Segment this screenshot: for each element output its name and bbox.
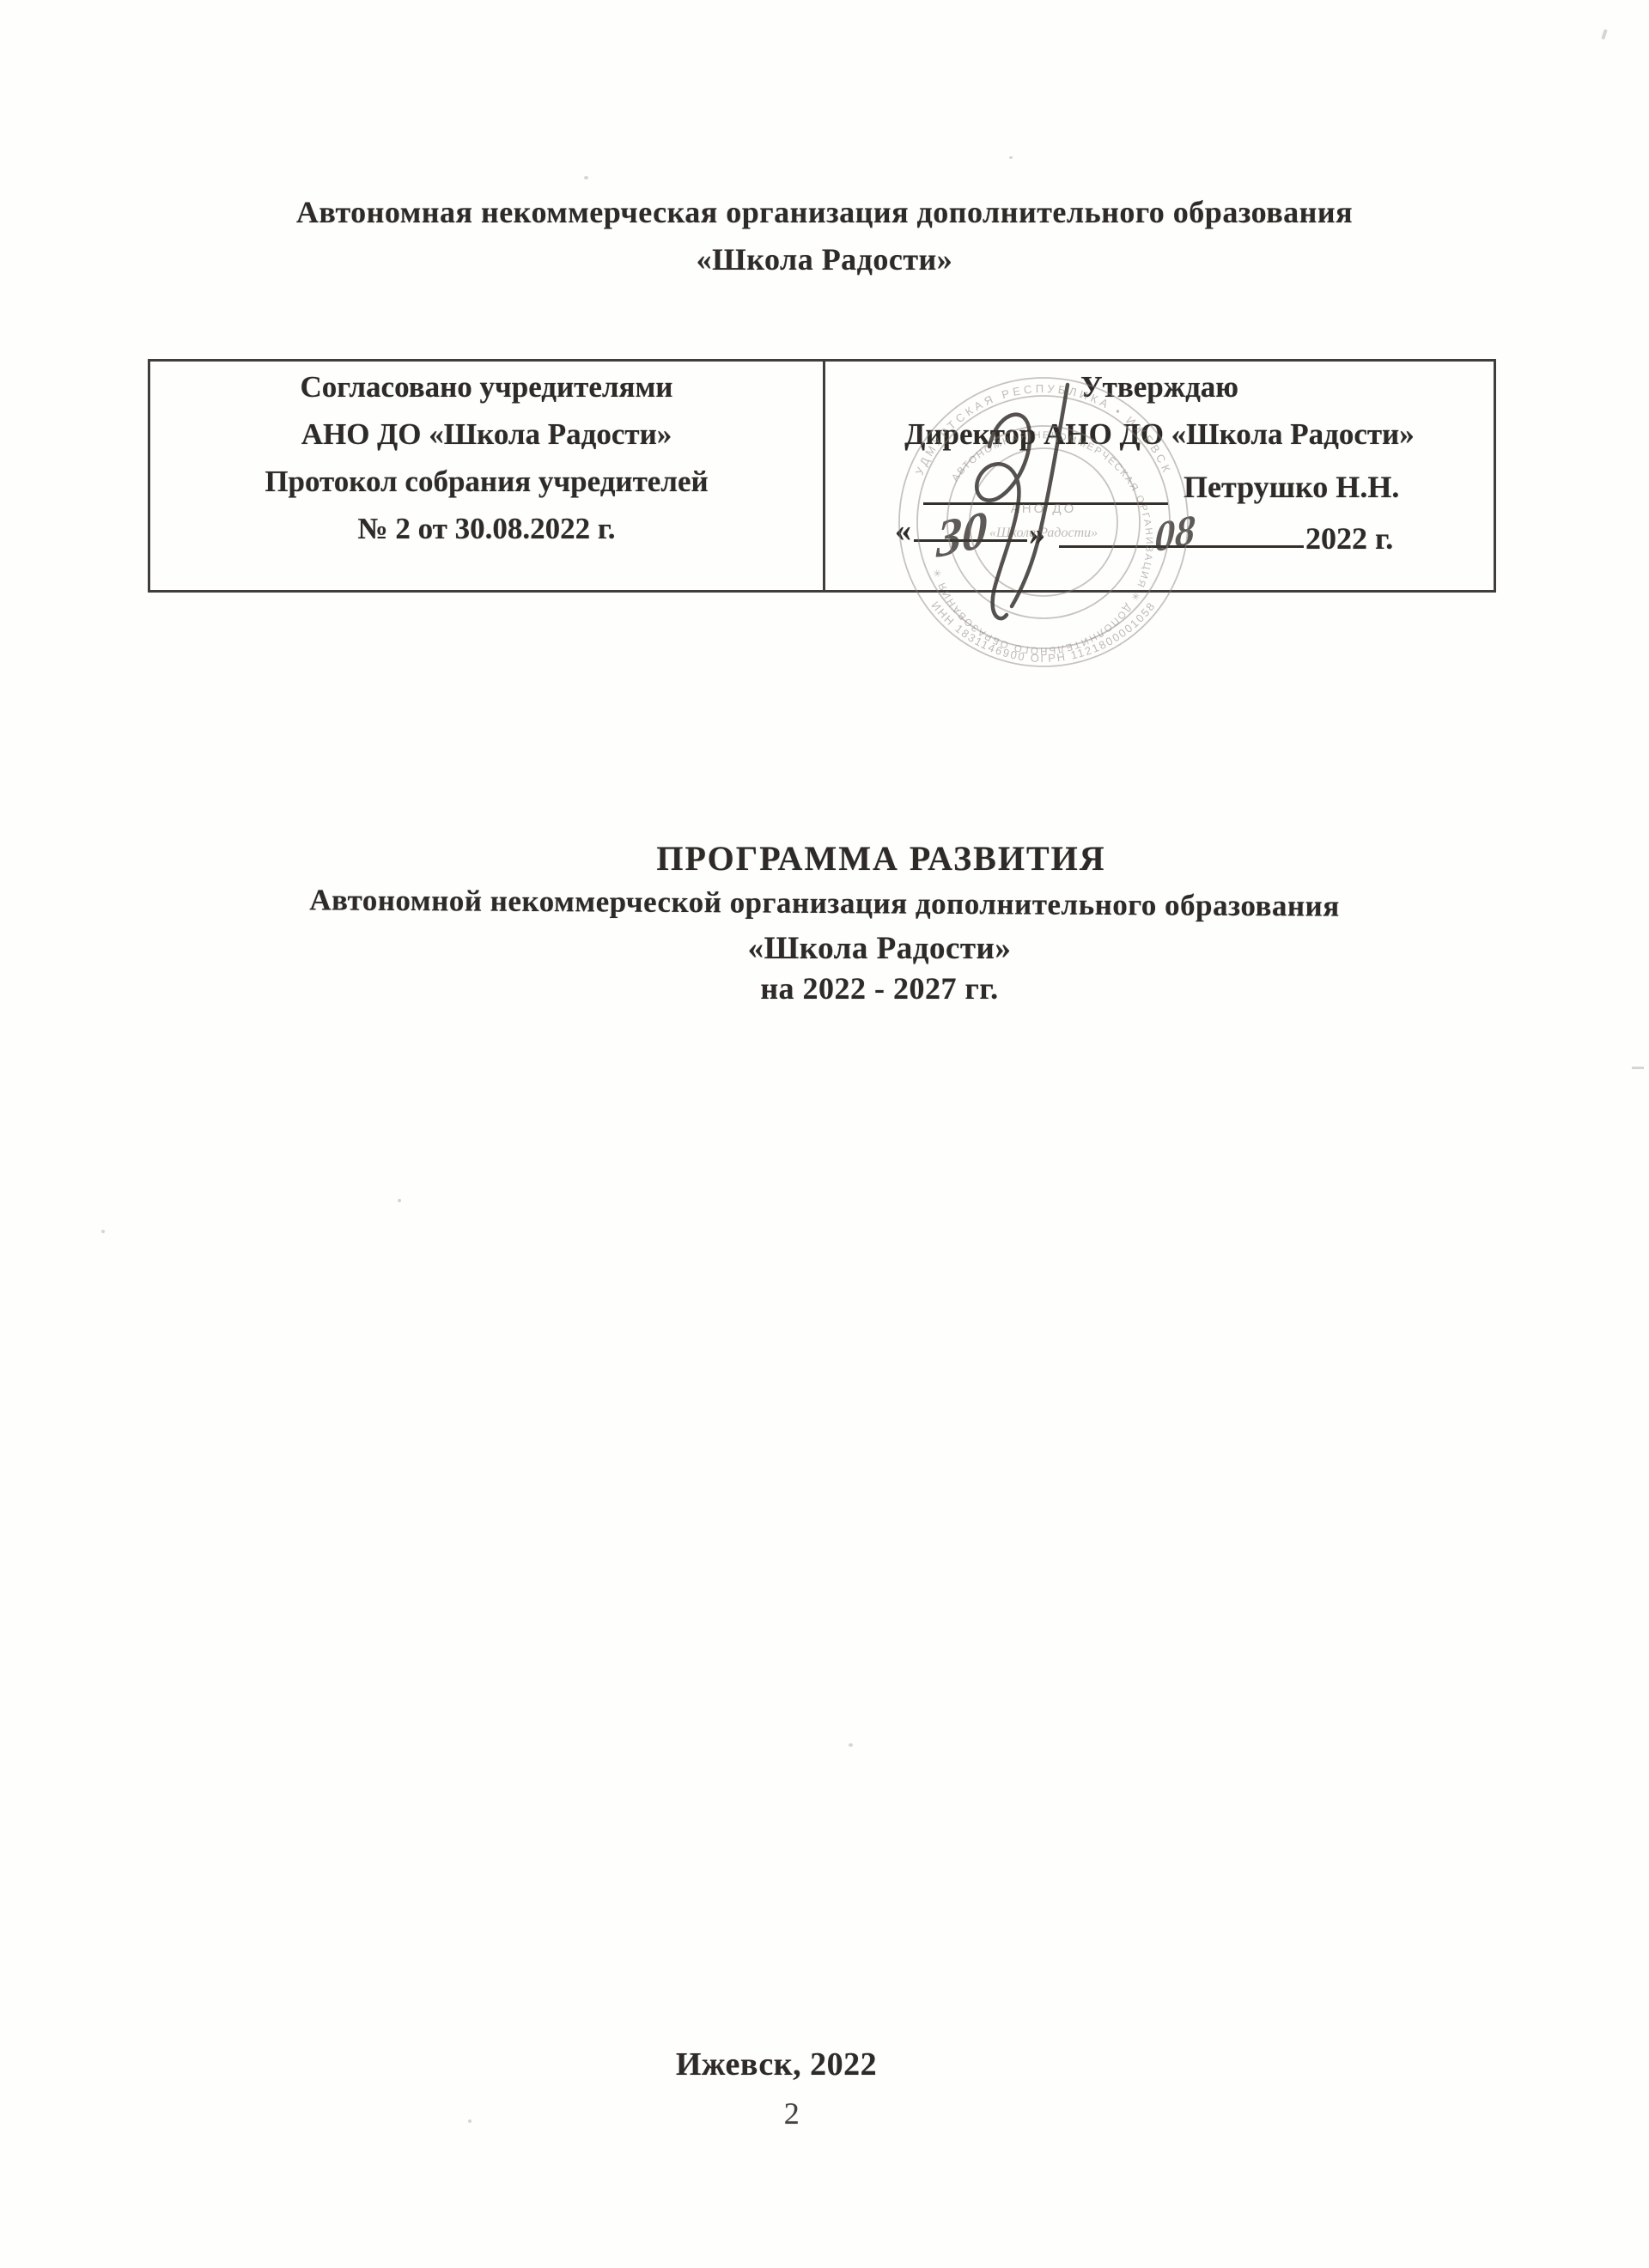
agreed-line: Согласовано учредителями [150, 363, 823, 410]
scan-speck [849, 1743, 853, 1747]
approval-table-left-cell: Согласовано учредителями АНО ДО «Школа Р… [150, 362, 825, 590]
scanned-document-page: Автономная некоммерческая организация до… [0, 0, 1649, 2268]
scan-edge-artifact [1632, 1067, 1644, 1069]
agreed-org-line: АНО ДО «Школа Радости» [150, 410, 823, 458]
director-name: Петрушко Н.Н. [1184, 469, 1399, 505]
page-number: 2 [0, 2095, 1616, 2131]
protocol-number-line: № 2 от 30.08.2022 г. [150, 505, 823, 552]
document-subtitle-name: «Школа Радости» [55, 930, 1649, 967]
scan-speck [1009, 156, 1013, 159]
scan-speck [468, 2119, 472, 2123]
footer-city-year: Ижевск, 2022 [0, 2046, 1601, 2083]
document-title: ПРОГРАММА РАЗВИТИЯ [57, 838, 1649, 879]
org-name-line1: Автономная некоммерческая организация до… [0, 194, 1649, 230]
director-signature [928, 361, 1151, 644]
date-year: 2022 г. [1305, 520, 1393, 556]
scan-speck [584, 176, 588, 179]
scan-speck [1601, 29, 1608, 40]
org-name-line2: «Школа Радости» [0, 241, 1649, 277]
scan-speck [101, 1230, 105, 1233]
scan-speck [398, 1199, 401, 1202]
document-subtitle-org: Автономной некоммерческой организация до… [0, 881, 1649, 926]
protocol-line: Протокол собрания учредителей [150, 458, 823, 505]
document-period: на 2022 - 2027 гг. [55, 970, 1649, 1006]
